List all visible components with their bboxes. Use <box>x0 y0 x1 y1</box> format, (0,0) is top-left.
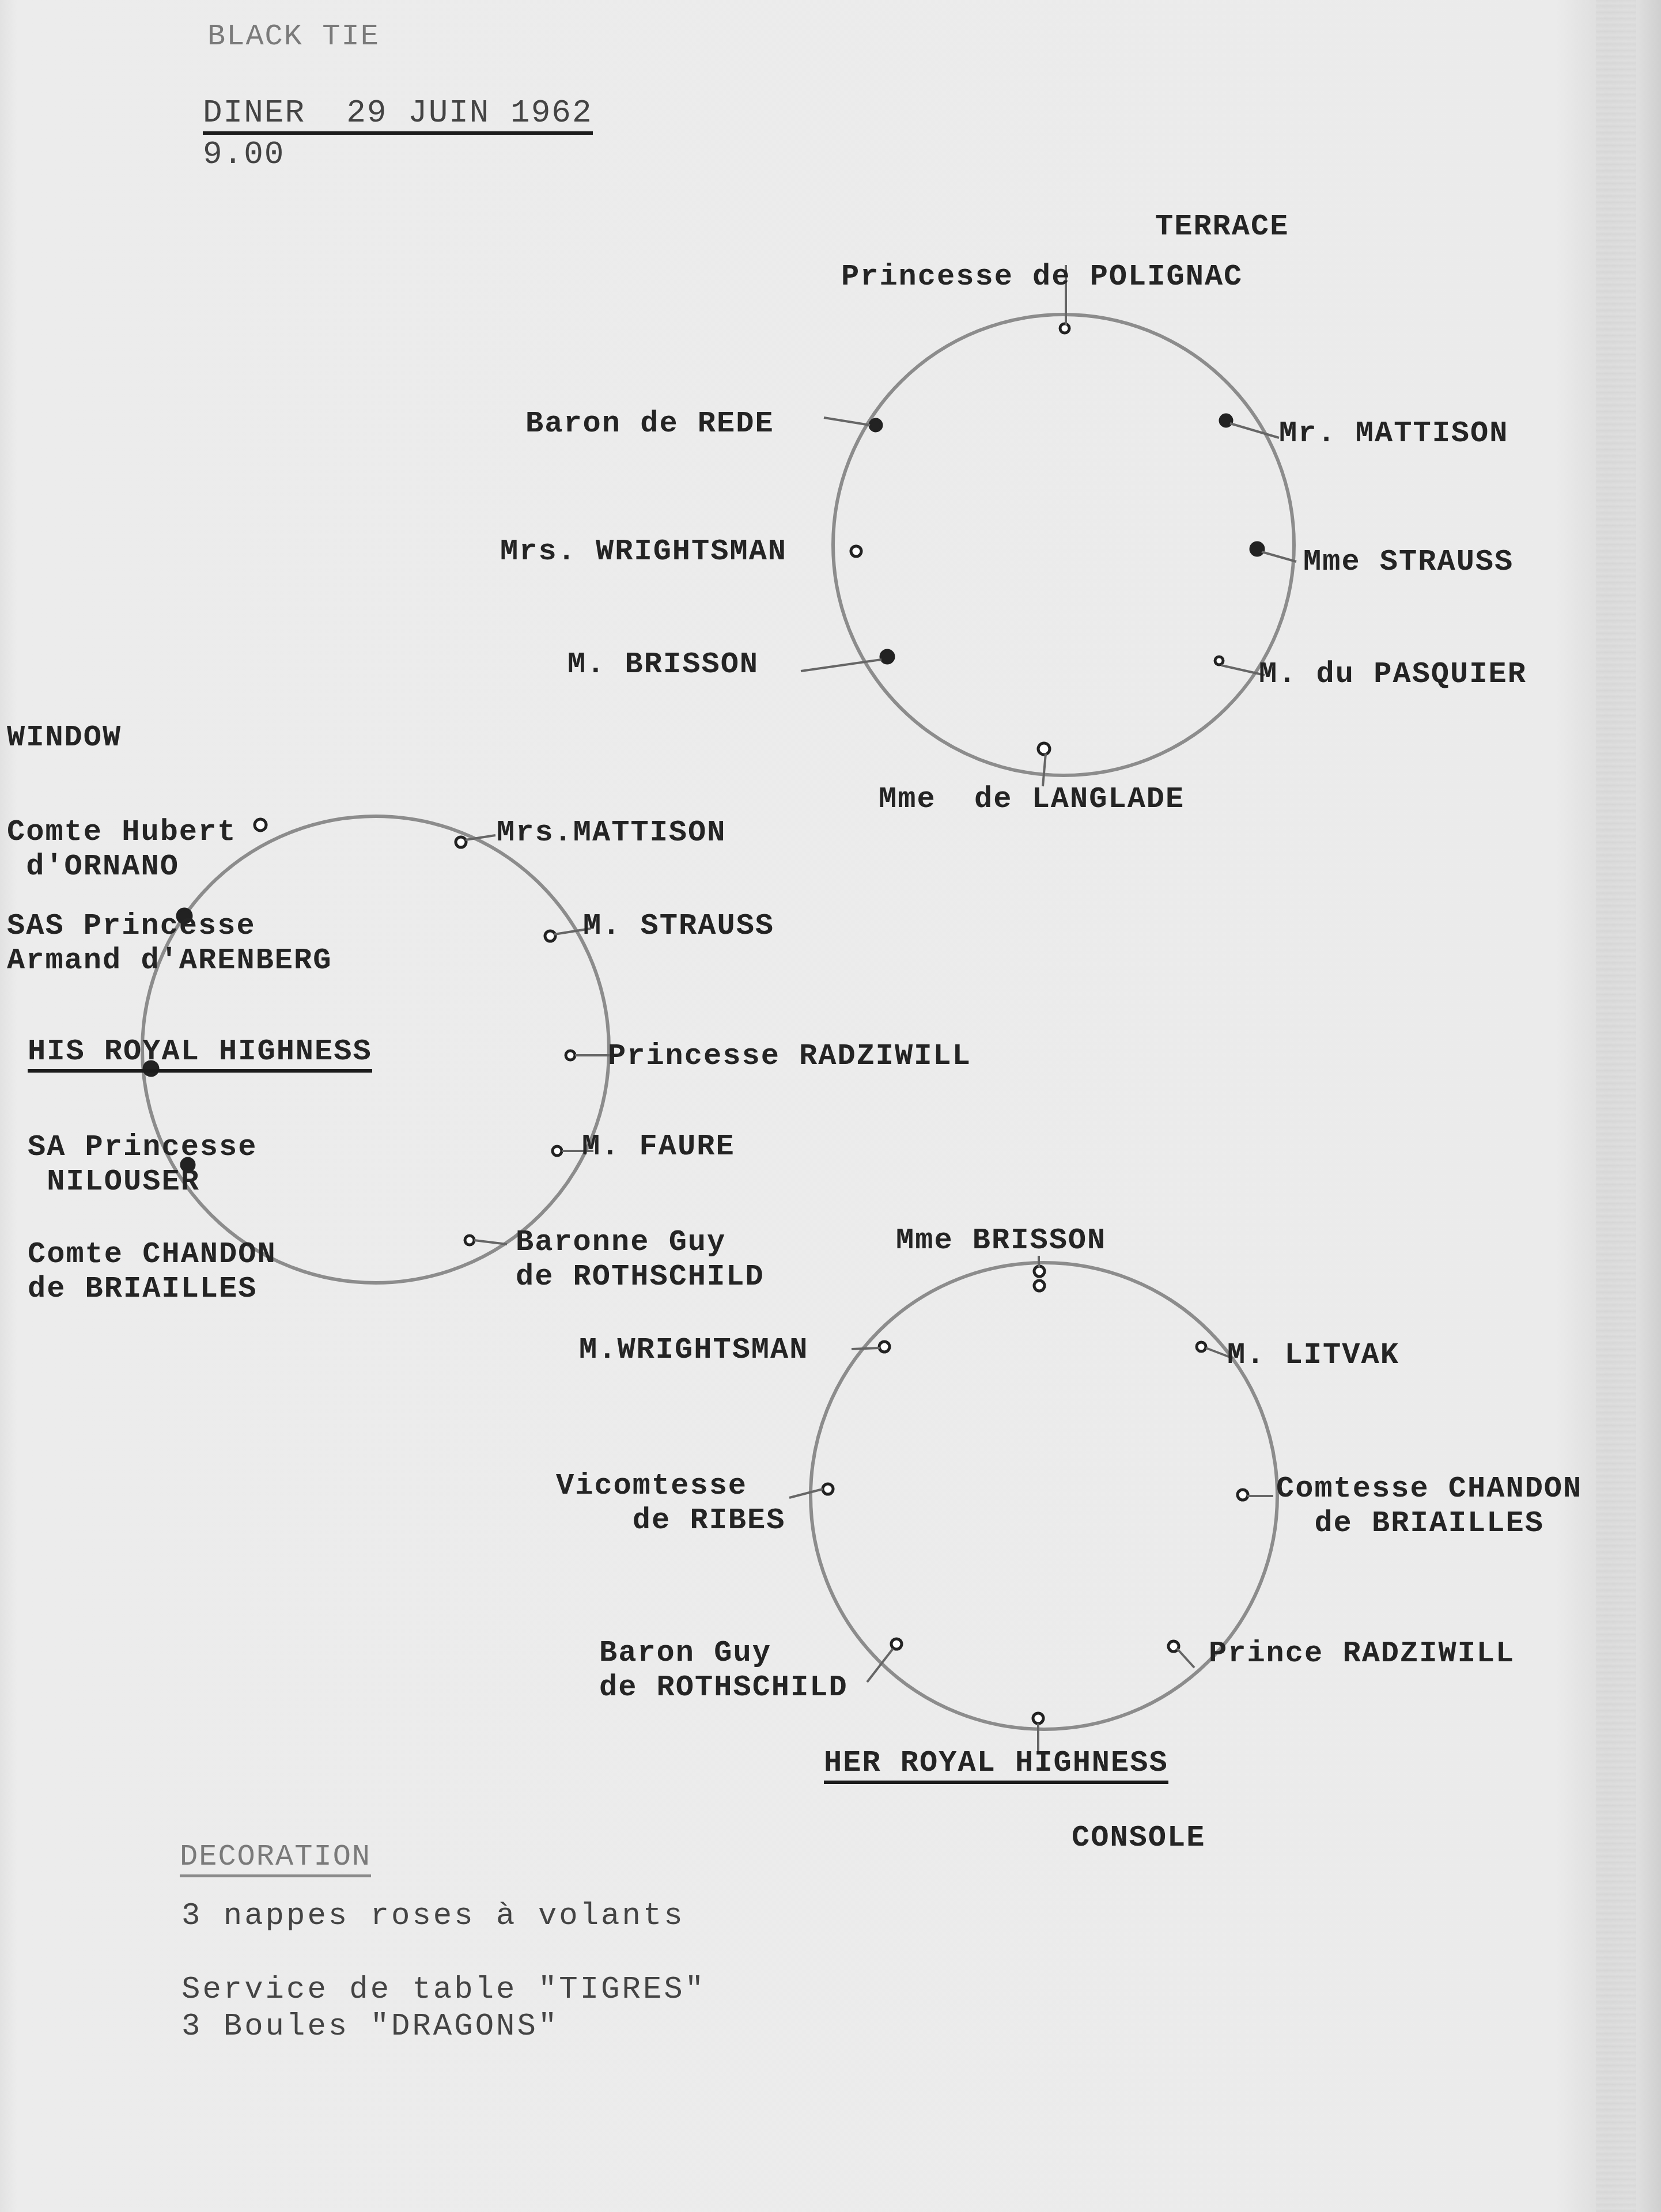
dress-code: BLACK TIE <box>207 22 380 52</box>
location-terrace: TERRACE <box>1155 212 1289 242</box>
guest-label: SA Princesse NILOUSER <box>28 1130 257 1199</box>
decoration-item: 3 Boules "DRAGONS" <box>181 2012 559 2043</box>
guest-label: M.WRIGHTSMAN <box>579 1335 808 1365</box>
guest-label: Mme BRISSON <box>896 1226 1106 1256</box>
decoration-heading: DECORATION <box>180 1842 371 1877</box>
guest-label: Comte Hubert d'ORNANO <box>7 815 236 884</box>
guest-label: Mrs.MATTISON <box>497 818 726 848</box>
host-his-royal-highness: HIS ROYAL HIGHNESS <box>28 1037 372 1073</box>
guest-label: Mme STRAUSS <box>1303 547 1514 577</box>
guest-label: Prince RADZIWILL <box>1209 1639 1515 1669</box>
host-her-royal-highness: HER ROYAL HIGHNESS <box>824 1748 1168 1784</box>
location-window: WINDOW <box>7 723 122 753</box>
guest-label: Princesse RADZIWILL <box>608 1041 971 1071</box>
guest-label: SAS Princesse Armand d'ARENBERG <box>7 909 332 978</box>
guest-label: Mme de LANGLADE <box>879 785 1185 815</box>
decoration-item: 3 nappes roses à volants <box>181 1901 685 1932</box>
console-table-circle <box>811 1263 1277 1729</box>
decoration-item: Service de table "TIGRES" <box>181 1975 706 2006</box>
location-console: CONSOLE <box>1072 1823 1205 1853</box>
guest-label: M. FAURE <box>582 1132 735 1162</box>
event-time: 9.00 <box>203 138 285 171</box>
guest-label: Comtesse CHANDON de BRIAILLES <box>1276 1472 1582 1541</box>
terrace-table-circle <box>833 315 1294 775</box>
guest-label: M. du PASQUIER <box>1259 660 1527 690</box>
guest-label: Comte CHANDON de BRIAILLES <box>28 1237 277 1306</box>
guest-label: Baron Guy de ROTHSCHILD <box>599 1636 848 1705</box>
guest-label: Vicomtesse de RIBES <box>556 1469 785 1538</box>
table-diagram <box>0 0 1661 2212</box>
guest-label: M. LITVAK <box>1227 1340 1399 1370</box>
event-date: DINER 29 JUIN 1962 <box>203 97 593 135</box>
typed-seating-plan-page: BLACK TIE DINER 29 JUIN 1962 9.00 TERRAC… <box>0 0 1661 2212</box>
guest-label: Mr. MATTISON <box>1279 419 1508 449</box>
guest-label: M. STRAUSS <box>583 911 774 941</box>
guest-label: Princesse de POLIGNAC <box>841 262 1243 292</box>
guest-label: Baronne Guy de ROTHSCHILD <box>516 1225 765 1294</box>
guest-label: M. BRISSON <box>567 650 759 680</box>
guest-label: Mrs. WRIGHTSMAN <box>500 537 787 567</box>
guest-label: Baron de REDE <box>525 409 774 439</box>
